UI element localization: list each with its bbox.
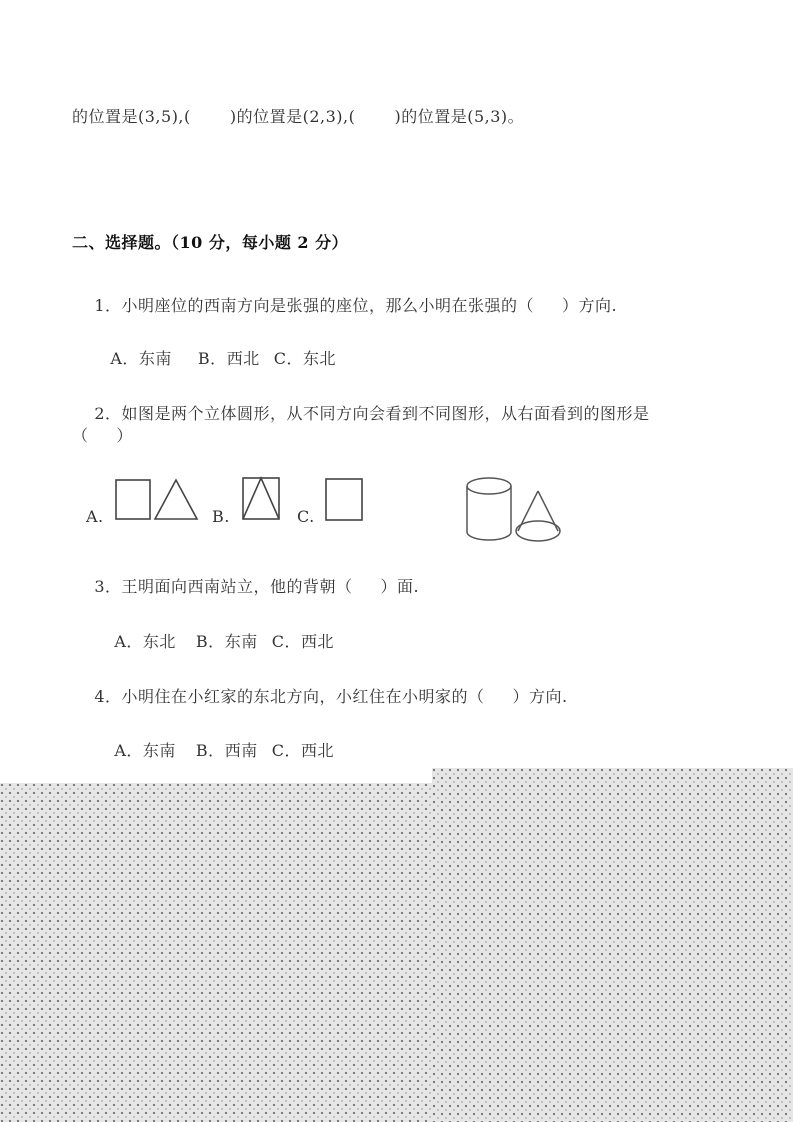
option-a: A．东北 <box>114 632 176 651</box>
question-text: 如图是两个立体圆形，从不同方向会看到不同图形，从右面看到的图形是 <box>122 404 650 423</box>
square-icon <box>324 477 366 523</box>
option-c: C．西北 <box>272 632 334 651</box>
options-row: A．东南B．西北C．东北 <box>88 329 336 389</box>
rectangle-with-inscribed-triangle-icon <box>241 476 283 522</box>
option-a-label: A. <box>86 507 104 527</box>
blur-overlay-left <box>0 783 432 1122</box>
question-5-partial: 5．一张城市平面图上，公园位置用数对（ <box>72 772 391 783</box>
options-row: A．东北B．东南C．西北 <box>92 612 334 672</box>
question-text: 小明住在小红家的东北方向，小红住在小明家的（ ）方向. <box>122 687 568 706</box>
section-title: 二、选择题。（10 分，每小题 2 分） <box>72 233 348 253</box>
answer-blank: （ ） <box>72 426 133 446</box>
question-number: 2． <box>94 404 121 423</box>
question-stem: 4．小明住在小红家的东北方向，小红住在小明家的（ ）方向. <box>72 667 568 727</box>
continuation-line: 的位置是(3,5),( )的位置是(2,3),( )的位置是(5,3)。 <box>72 107 524 127</box>
option-c-label: C. <box>297 507 315 527</box>
option-b: B．东南 <box>196 632 258 651</box>
option-b-label: B. <box>212 507 230 527</box>
question-text: 王明面向西南站立，他的背朝（ ）面. <box>122 577 420 596</box>
question-number: 3． <box>94 577 121 596</box>
question-stem: 2．如图是两个立体圆形，从不同方向会看到不同图形，从右面看到的图形是 <box>72 384 650 444</box>
option-a: A．东南 <box>110 349 172 368</box>
option-a: A．东南 <box>114 741 176 760</box>
option-b: B．西北 <box>198 349 260 368</box>
blur-overlay-right <box>432 768 793 1122</box>
cylinder-and-cone-icon <box>462 474 567 548</box>
question-stem: 1．小明座位的西南方向是张强的座位，那么小明在张强的（ ）方向. <box>72 276 617 336</box>
square-and-triangle-icon <box>114 477 200 523</box>
option-c: C．西北 <box>272 741 334 760</box>
option-b: B．西南 <box>196 741 258 760</box>
question-number: 4． <box>94 687 121 706</box>
question-stem: 3．王明面向西南站立，他的背朝（ ）面. <box>72 557 419 617</box>
question-number: 1． <box>94 296 121 315</box>
option-c: C．东北 <box>274 349 336 368</box>
question-text: 小明座位的西南方向是张强的座位，那么小明在张强的（ ）方向. <box>122 296 618 315</box>
